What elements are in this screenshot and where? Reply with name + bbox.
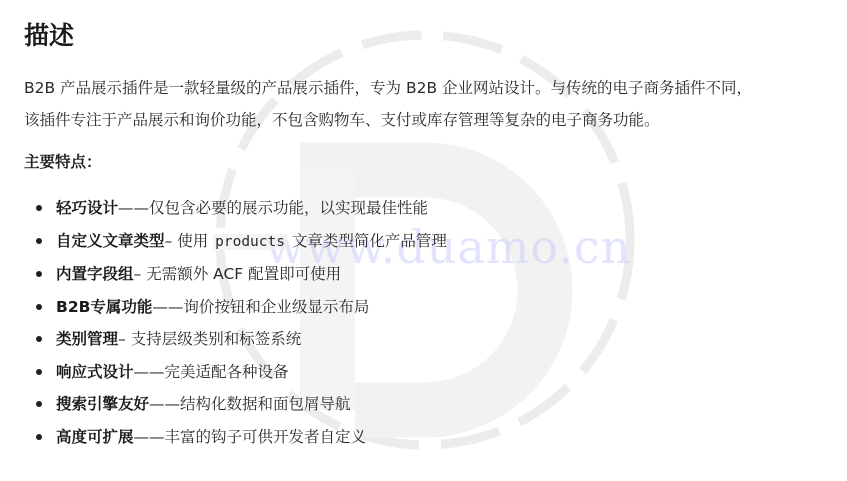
feature-item: 搜索引擎友好——结构化数据和面包屑导航 <box>56 388 834 421</box>
separator: —— <box>149 395 180 413</box>
feature-item: 类别管理– 支持层级类别和标签系统 <box>56 323 834 356</box>
feature-text: 无需额外 ACF 配置即可使用 <box>146 265 341 283</box>
feature-item: 响应式设计——完美适配各种设备 <box>56 356 834 389</box>
feature-title: 搜索引擎友好 <box>56 395 149 413</box>
feature-title: 轻巧设计 <box>56 199 118 217</box>
feature-text: 仅包含必要的展示功能，以实现最佳性能 <box>149 199 428 217</box>
features-list: 轻巧设计——仅包含必要的展示功能，以实现最佳性能 自定义文章类型– 使用 pro… <box>24 192 834 453</box>
bullet-icon <box>36 401 42 407</box>
separator: —— <box>134 428 165 446</box>
separator: – <box>165 232 178 250</box>
feature-title: 自定义文章类型 <box>56 232 165 250</box>
feature-title: B2B专属功能 <box>56 298 152 316</box>
bullet-icon <box>36 336 42 342</box>
bullet-icon <box>36 238 42 244</box>
description-line-2: 该插件专注于产品展示和询价功能，不包含购物车、支付或库存管理等复杂的电子商务功能… <box>24 111 660 129</box>
separator: —— <box>134 363 165 381</box>
separator: —— <box>118 199 149 217</box>
feature-text: 完美适配各种设备 <box>165 363 289 381</box>
description-section: 描述 B2B 产品展示插件是一款轻量级的产品展示插件，专为 B2B 企业网站设计… <box>24 18 834 453</box>
feature-text: 询价按钮和企业级显示布局 <box>183 298 369 316</box>
feature-item: 自定义文章类型– 使用 products 文章类型简化产品管理 <box>56 225 834 259</box>
bullet-icon <box>36 271 42 277</box>
feature-title: 内置字段组 <box>56 265 134 283</box>
description-line-1: B2B 产品展示插件是一款轻量级的产品展示插件，专为 B2B 企业网站设计。与传… <box>24 79 752 97</box>
bullet-icon <box>36 434 42 440</box>
bullet-icon <box>36 369 42 375</box>
features-title: 主要特点： <box>24 146 834 178</box>
feature-text: 文章类型简化产品管理 <box>287 232 447 250</box>
bullet-icon <box>36 304 42 310</box>
feature-item: 内置字段组– 无需额外 ACF 配置即可使用 <box>56 258 834 291</box>
bullet-icon <box>36 205 42 211</box>
feature-item: 高度可扩展——丰富的钩子可供开发者自定义 <box>56 421 834 454</box>
feature-text: 丰富的钩子可供开发者自定义 <box>165 428 367 446</box>
feature-item: B2B专属功能——询价按钮和企业级显示布局 <box>56 291 834 324</box>
feature-item: 轻巧设计——仅包含必要的展示功能，以实现最佳性能 <box>56 192 834 225</box>
feature-text: 使用 <box>177 232 213 250</box>
separator: – <box>118 330 131 348</box>
feature-title: 类别管理 <box>56 330 118 348</box>
feature-text: 支持层级类别和标签系统 <box>131 330 302 348</box>
inline-code: products <box>213 234 287 250</box>
feature-title: 响应式设计 <box>56 363 134 381</box>
description-paragraph: B2B 产品展示插件是一款轻量级的产品展示插件，专为 B2B 企业网站设计。与传… <box>24 72 834 136</box>
feature-text: 结构化数据和面包屑导航 <box>180 395 351 413</box>
feature-title: 高度可扩展 <box>56 428 134 446</box>
section-heading: 描述 <box>24 18 834 54</box>
separator: – <box>134 265 147 283</box>
separator: —— <box>152 298 183 316</box>
